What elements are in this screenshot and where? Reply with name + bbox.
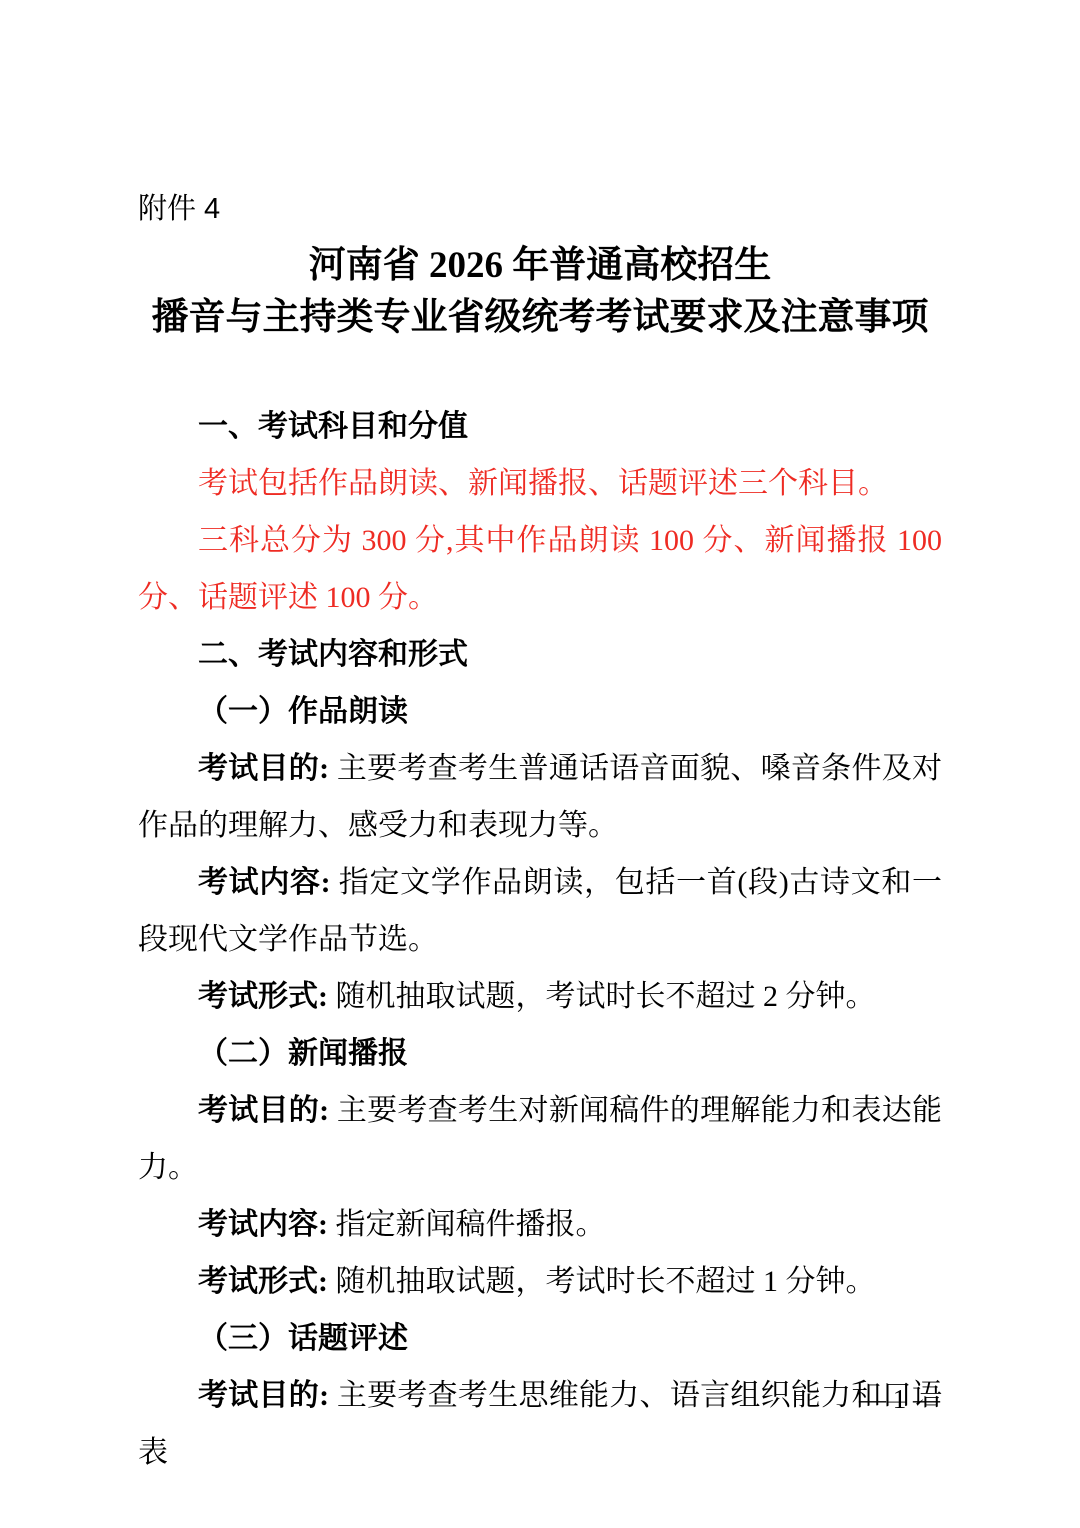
exam-form-label: 考试形式: (198, 980, 328, 1013)
subsection-1-form: 考试形式:随机抽取试题，考试时长不超过 2 分钟。 (138, 968, 942, 1025)
exam-purpose-label: 考试目的: (198, 1094, 329, 1127)
page-number: — 1 — (859, 1382, 940, 1416)
subsection-3-purpose: 考试目的:主要考查考生思维能力、语言组织能力和口语表 (138, 1367, 942, 1481)
exam-content-label: 考试内容: (198, 866, 331, 899)
exam-purpose-label: 考试目的: (198, 752, 329, 785)
document-title-line-2: 播音与主持类专业省级统考考试要求及注意事项 (0, 292, 1080, 344)
section-1-paragraph-2: 三科总分为 300 分,其中作品朗读 100 分、新闻播报 100 分、话题评述… (138, 512, 942, 626)
document-body: 一、考试科目和分值 考试包括作品朗读、新闻播报、话题评述三个科目。 三科总分为 … (138, 398, 942, 1481)
subsection-1-heading: （一）作品朗读 (138, 683, 942, 740)
subsection-2-purpose: 考试目的:主要考查考生对新闻稿件的理解能力和表达能力。 (138, 1082, 942, 1196)
exam-form-text: 随机抽取试题，考试时长不超过 1 分钟。 (336, 1265, 876, 1298)
exam-form-label: 考试形式: (198, 1265, 328, 1298)
subsection-3-heading: （三）话题评述 (138, 1310, 942, 1367)
document-title: 河南省 2026 年普通高校招生 播音与主持类专业省级统考考试要求及注意事项 (0, 240, 1080, 344)
section-2-heading: 二、考试内容和形式 (138, 626, 942, 683)
attachment-label: 附件 4 (138, 190, 220, 228)
exam-form-text: 随机抽取试题，考试时长不超过 2 分钟。 (336, 980, 876, 1013)
exam-content-text: 指定新闻稿件播报。 (336, 1208, 606, 1241)
subsection-2-content: 考试内容:指定新闻稿件播报。 (138, 1196, 942, 1253)
document-title-line-1: 河南省 2026 年普通高校招生 (0, 240, 1080, 292)
subsection-1-purpose: 考试目的:主要考查考生普通话语音面貌、嗓音条件及对作品的理解力、感受力和表现力等… (138, 740, 942, 854)
subsection-2-form: 考试形式:随机抽取试题，考试时长不超过 1 分钟。 (138, 1253, 942, 1310)
exam-content-label: 考试内容: (198, 1208, 328, 1241)
section-1-heading: 一、考试科目和分值 (138, 398, 942, 455)
section-1-paragraph-1: 考试包括作品朗读、新闻播报、话题评述三个科目。 (138, 455, 942, 512)
subsection-2-heading: （二）新闻播报 (138, 1025, 942, 1082)
subsection-1-content: 考试内容:指定文学作品朗读，包括一首(段)古诗文和一段现代文学作品节选。 (138, 854, 942, 968)
exam-purpose-label: 考试目的: (198, 1379, 329, 1412)
document-page: 附件 4 河南省 2026 年普通高校招生 播音与主持类专业省级统考考试要求及注… (0, 0, 1080, 1528)
